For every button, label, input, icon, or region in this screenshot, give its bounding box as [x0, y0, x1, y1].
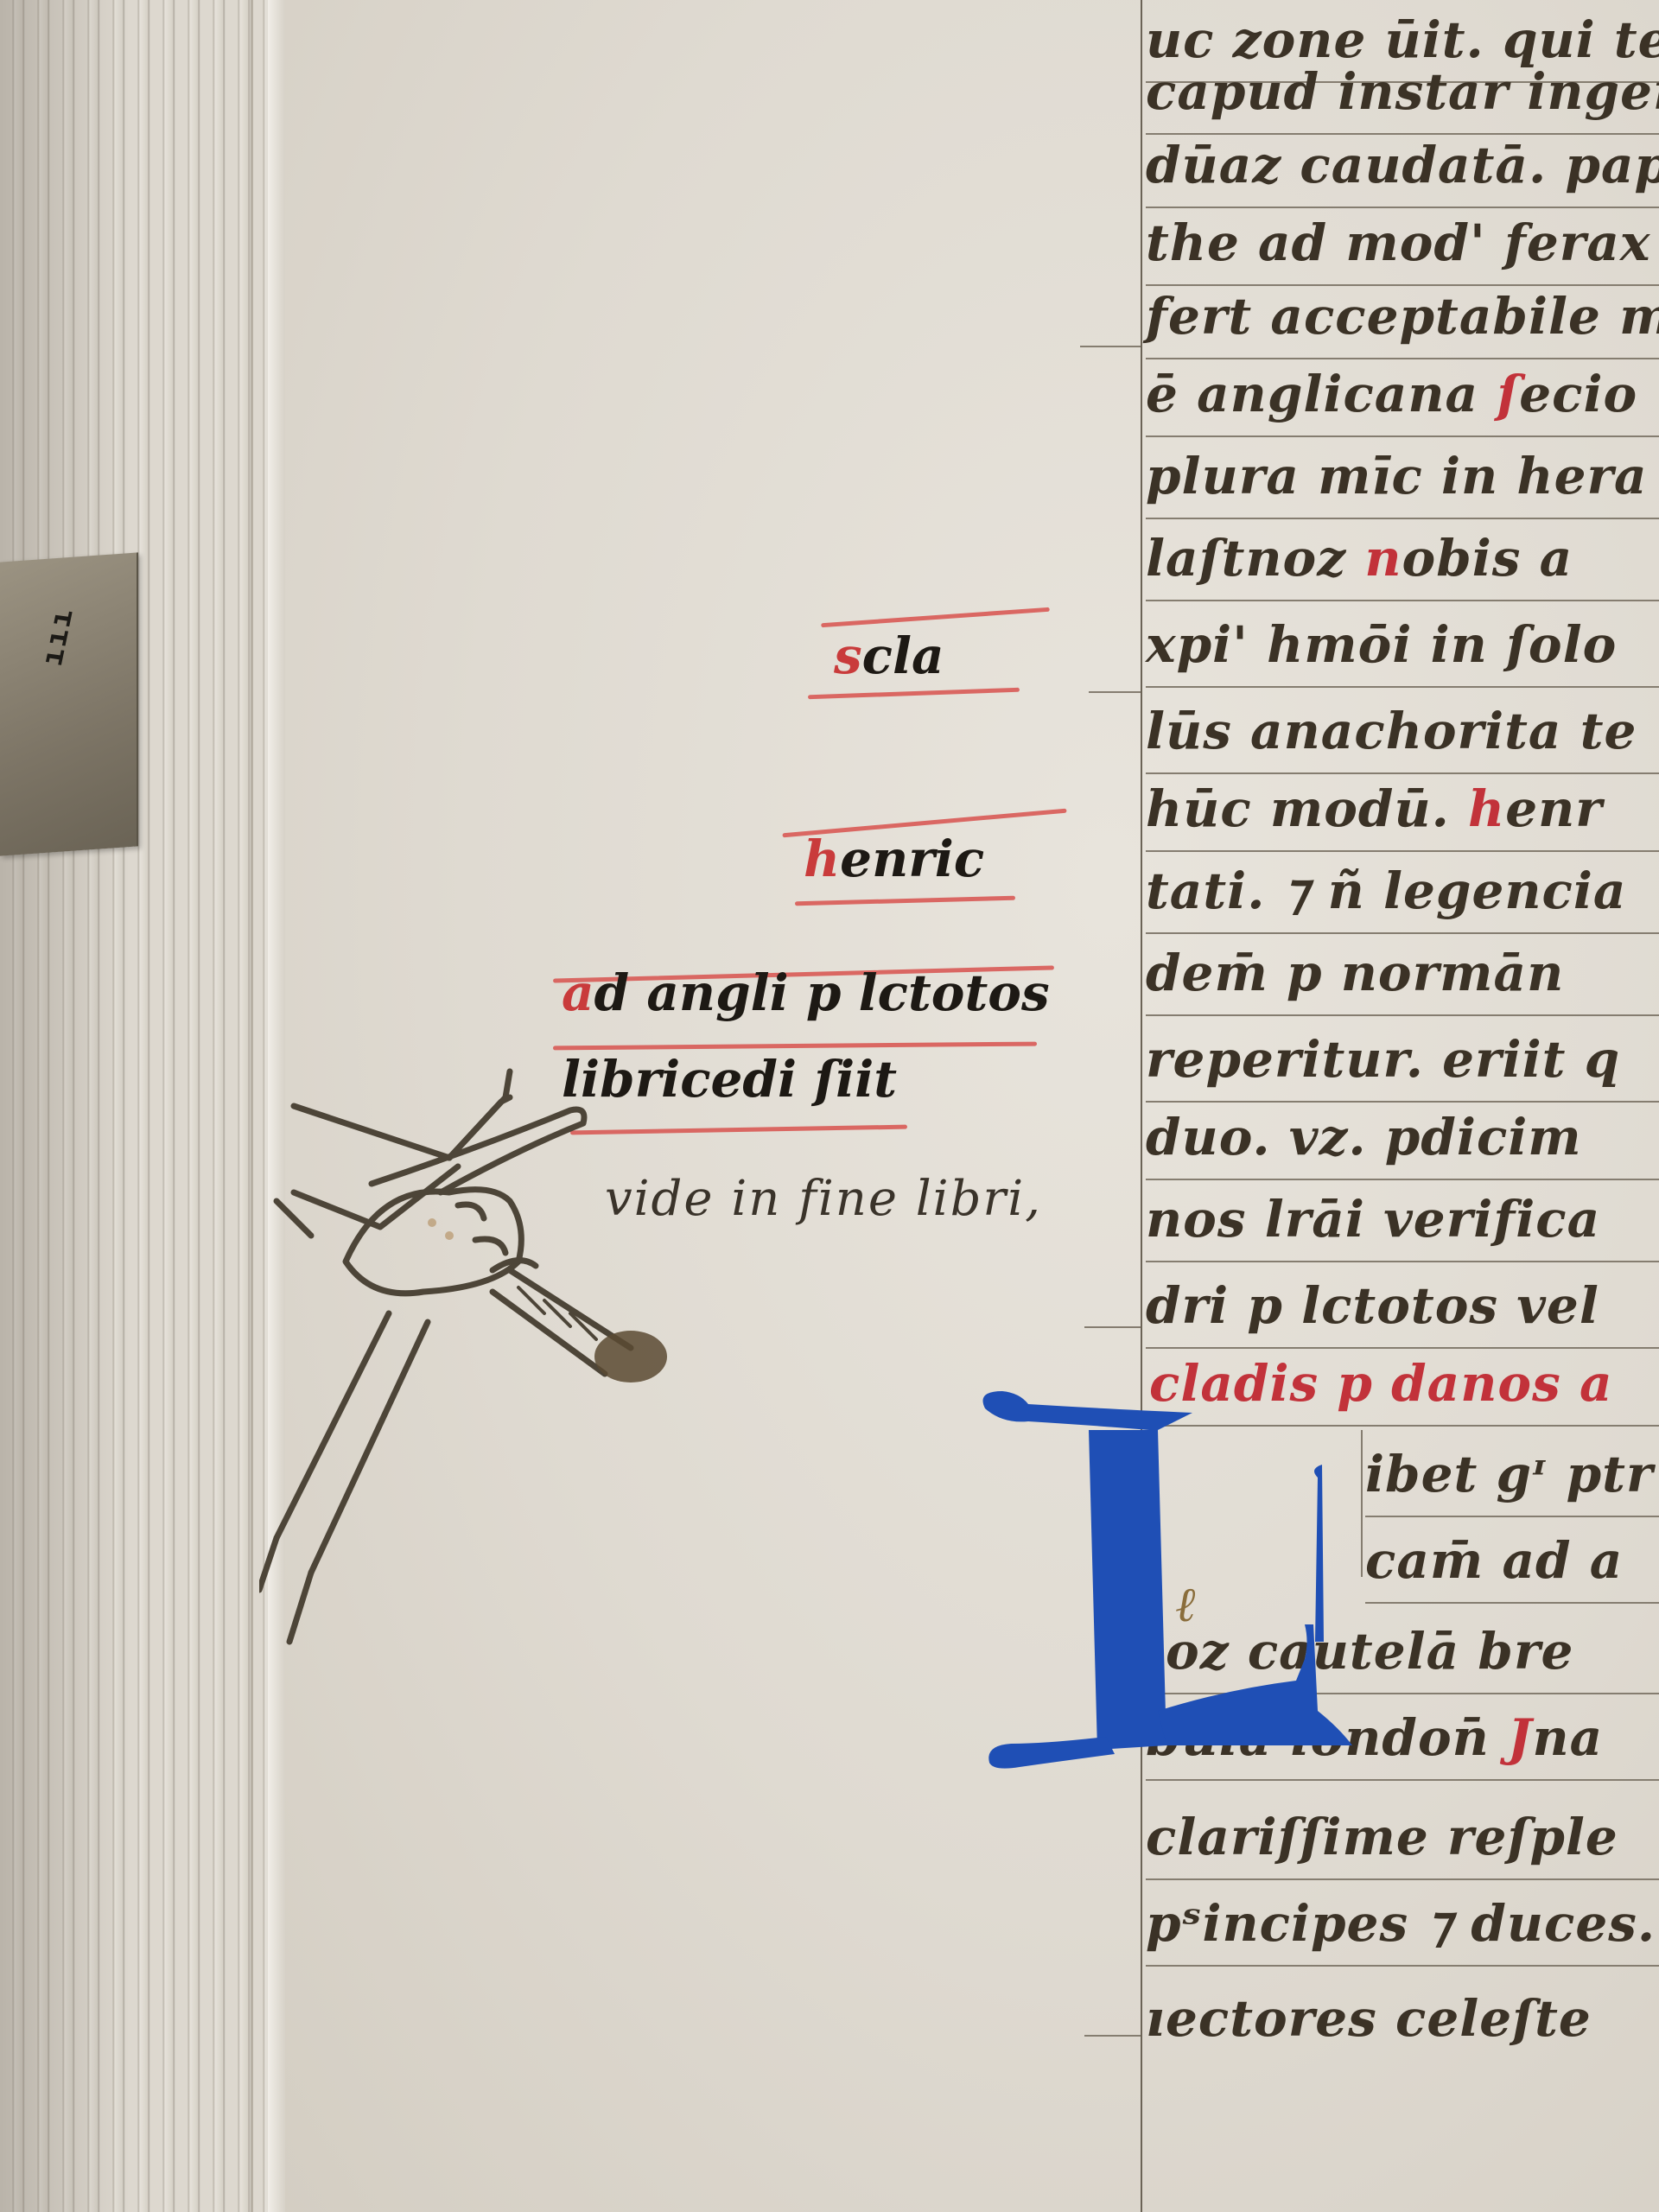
line-text: dūaz caudatā. pap: [1146, 136, 1659, 194]
text-column: uc zone ūit. qui tegu capud instar inger…: [1141, 0, 1659, 2212]
text-line: pˢincipes ⁊ duces.: [1146, 1884, 1659, 1967]
rubric-mark: n: [1346, 529, 1402, 588]
line-text: reperitur. eriit q: [1146, 1030, 1620, 1089]
line-text: enr: [1505, 779, 1603, 838]
line-text: tati. ⁊ ñ legencia: [1146, 861, 1626, 920]
line-text: the ad mod' ferax: [1146, 213, 1651, 272]
text-line: ē anglicana ſecio: [1146, 354, 1659, 437]
text-line: duo. vz. pdicim: [1146, 1097, 1659, 1180]
fore-edge-tab: ııı: [0, 552, 138, 855]
marginal-note-ad-angli: ad angli p lctotos: [562, 963, 1050, 1022]
rubric-mark: J: [1490, 1708, 1533, 1767]
line-text: clariſſime reſple: [1146, 1808, 1618, 1866]
edge-shadow: [0, 0, 130, 2212]
line-text: obis a: [1402, 529, 1573, 588]
text-line: dri p lctotos vel: [1146, 1266, 1659, 1349]
marginal-note-scla: scla: [834, 626, 944, 685]
line-text: cam̄ ad a: [1365, 1531, 1623, 1590]
text-line: ibet gᶦ ptr: [1365, 1434, 1659, 1517]
line-text: ibet gᶦ ptr: [1365, 1445, 1654, 1503]
rubricated-initial: h: [804, 829, 840, 888]
text-line: fert acceptabile m: [1146, 276, 1659, 359]
marginal-note-henric: henric: [804, 829, 984, 888]
rubricated-initial: a: [562, 963, 594, 1022]
line-text: duo. vz. pdicim: [1146, 1108, 1582, 1166]
line-text: lūs anachorita te: [1146, 702, 1637, 760]
text-line: clariſſime reſple: [1146, 1797, 1659, 1880]
text-line: plura mīc in hera: [1146, 436, 1659, 519]
ruling-tick: [1084, 2035, 1141, 2037]
line-text: hūc modū.: [1146, 779, 1450, 838]
note-text: d angli p lctotos: [594, 963, 1050, 1022]
rubric-mark: h: [1450, 779, 1505, 838]
guide-letter: ℓ: [1175, 1577, 1195, 1633]
line-text: pˢincipes ⁊ duces.: [1146, 1894, 1656, 1953]
line-text: xpi' hmōi in ſolo: [1146, 615, 1617, 674]
text-line: tati. ⁊ ñ legencia: [1146, 851, 1659, 934]
line-text: na: [1532, 1708, 1603, 1767]
text-line: reperitur. eriit q: [1146, 1020, 1659, 1103]
note-text: enric: [840, 829, 984, 888]
text-line: ıectores celeſte: [1146, 1979, 1659, 2062]
line-text: ecio: [1519, 365, 1637, 423]
text-line: laſtnoz nobis a: [1146, 518, 1659, 601]
text-line: the ad mod' ferax: [1146, 203, 1659, 286]
text-line: hūc modū. henr: [1146, 769, 1659, 852]
column-rule: [1141, 0, 1142, 2212]
line-text: dem̄ p normān: [1146, 944, 1564, 1002]
ruling-tick: [1089, 691, 1141, 693]
gutter-line: [251, 0, 253, 2212]
note-text: cla: [862, 626, 944, 685]
line-text: nos lrāi verifica: [1146, 1190, 1600, 1249]
text-line: xpi' hmōi in ſolo: [1146, 605, 1659, 688]
line-text: capud instar inger: [1146, 62, 1659, 121]
line-text: ıectores celeſte: [1146, 1989, 1592, 2048]
line-text: dri p lctotos vel: [1146, 1276, 1599, 1335]
line-text: fert acceptabile m: [1146, 287, 1659, 346]
text-line: lūs anachorita te: [1146, 691, 1659, 774]
decorated-initial-l-icon: [968, 1382, 1374, 1780]
text-line: dūaz caudatā. pap: [1146, 125, 1659, 208]
ruling-tick: [1080, 346, 1141, 347]
ruling-tick: [1084, 1326, 1141, 1328]
tab-label: ııı: [35, 606, 80, 669]
line-text: plura mīc in hera: [1146, 447, 1648, 505]
text-line: capud instar inger: [1146, 52, 1659, 135]
rubricated-initial: s: [834, 626, 862, 685]
line-text: ē anglicana: [1146, 365, 1478, 423]
text-line: nos lrāi verifica: [1146, 1179, 1659, 1262]
text-line: dem̄ p normān: [1146, 933, 1659, 1016]
manicule-icon: [259, 1054, 709, 1780]
text-line: cam̄ ad a: [1365, 1521, 1659, 1604]
rubric-mark: ſ: [1478, 365, 1519, 423]
line-text: laſtnoz: [1146, 529, 1346, 588]
